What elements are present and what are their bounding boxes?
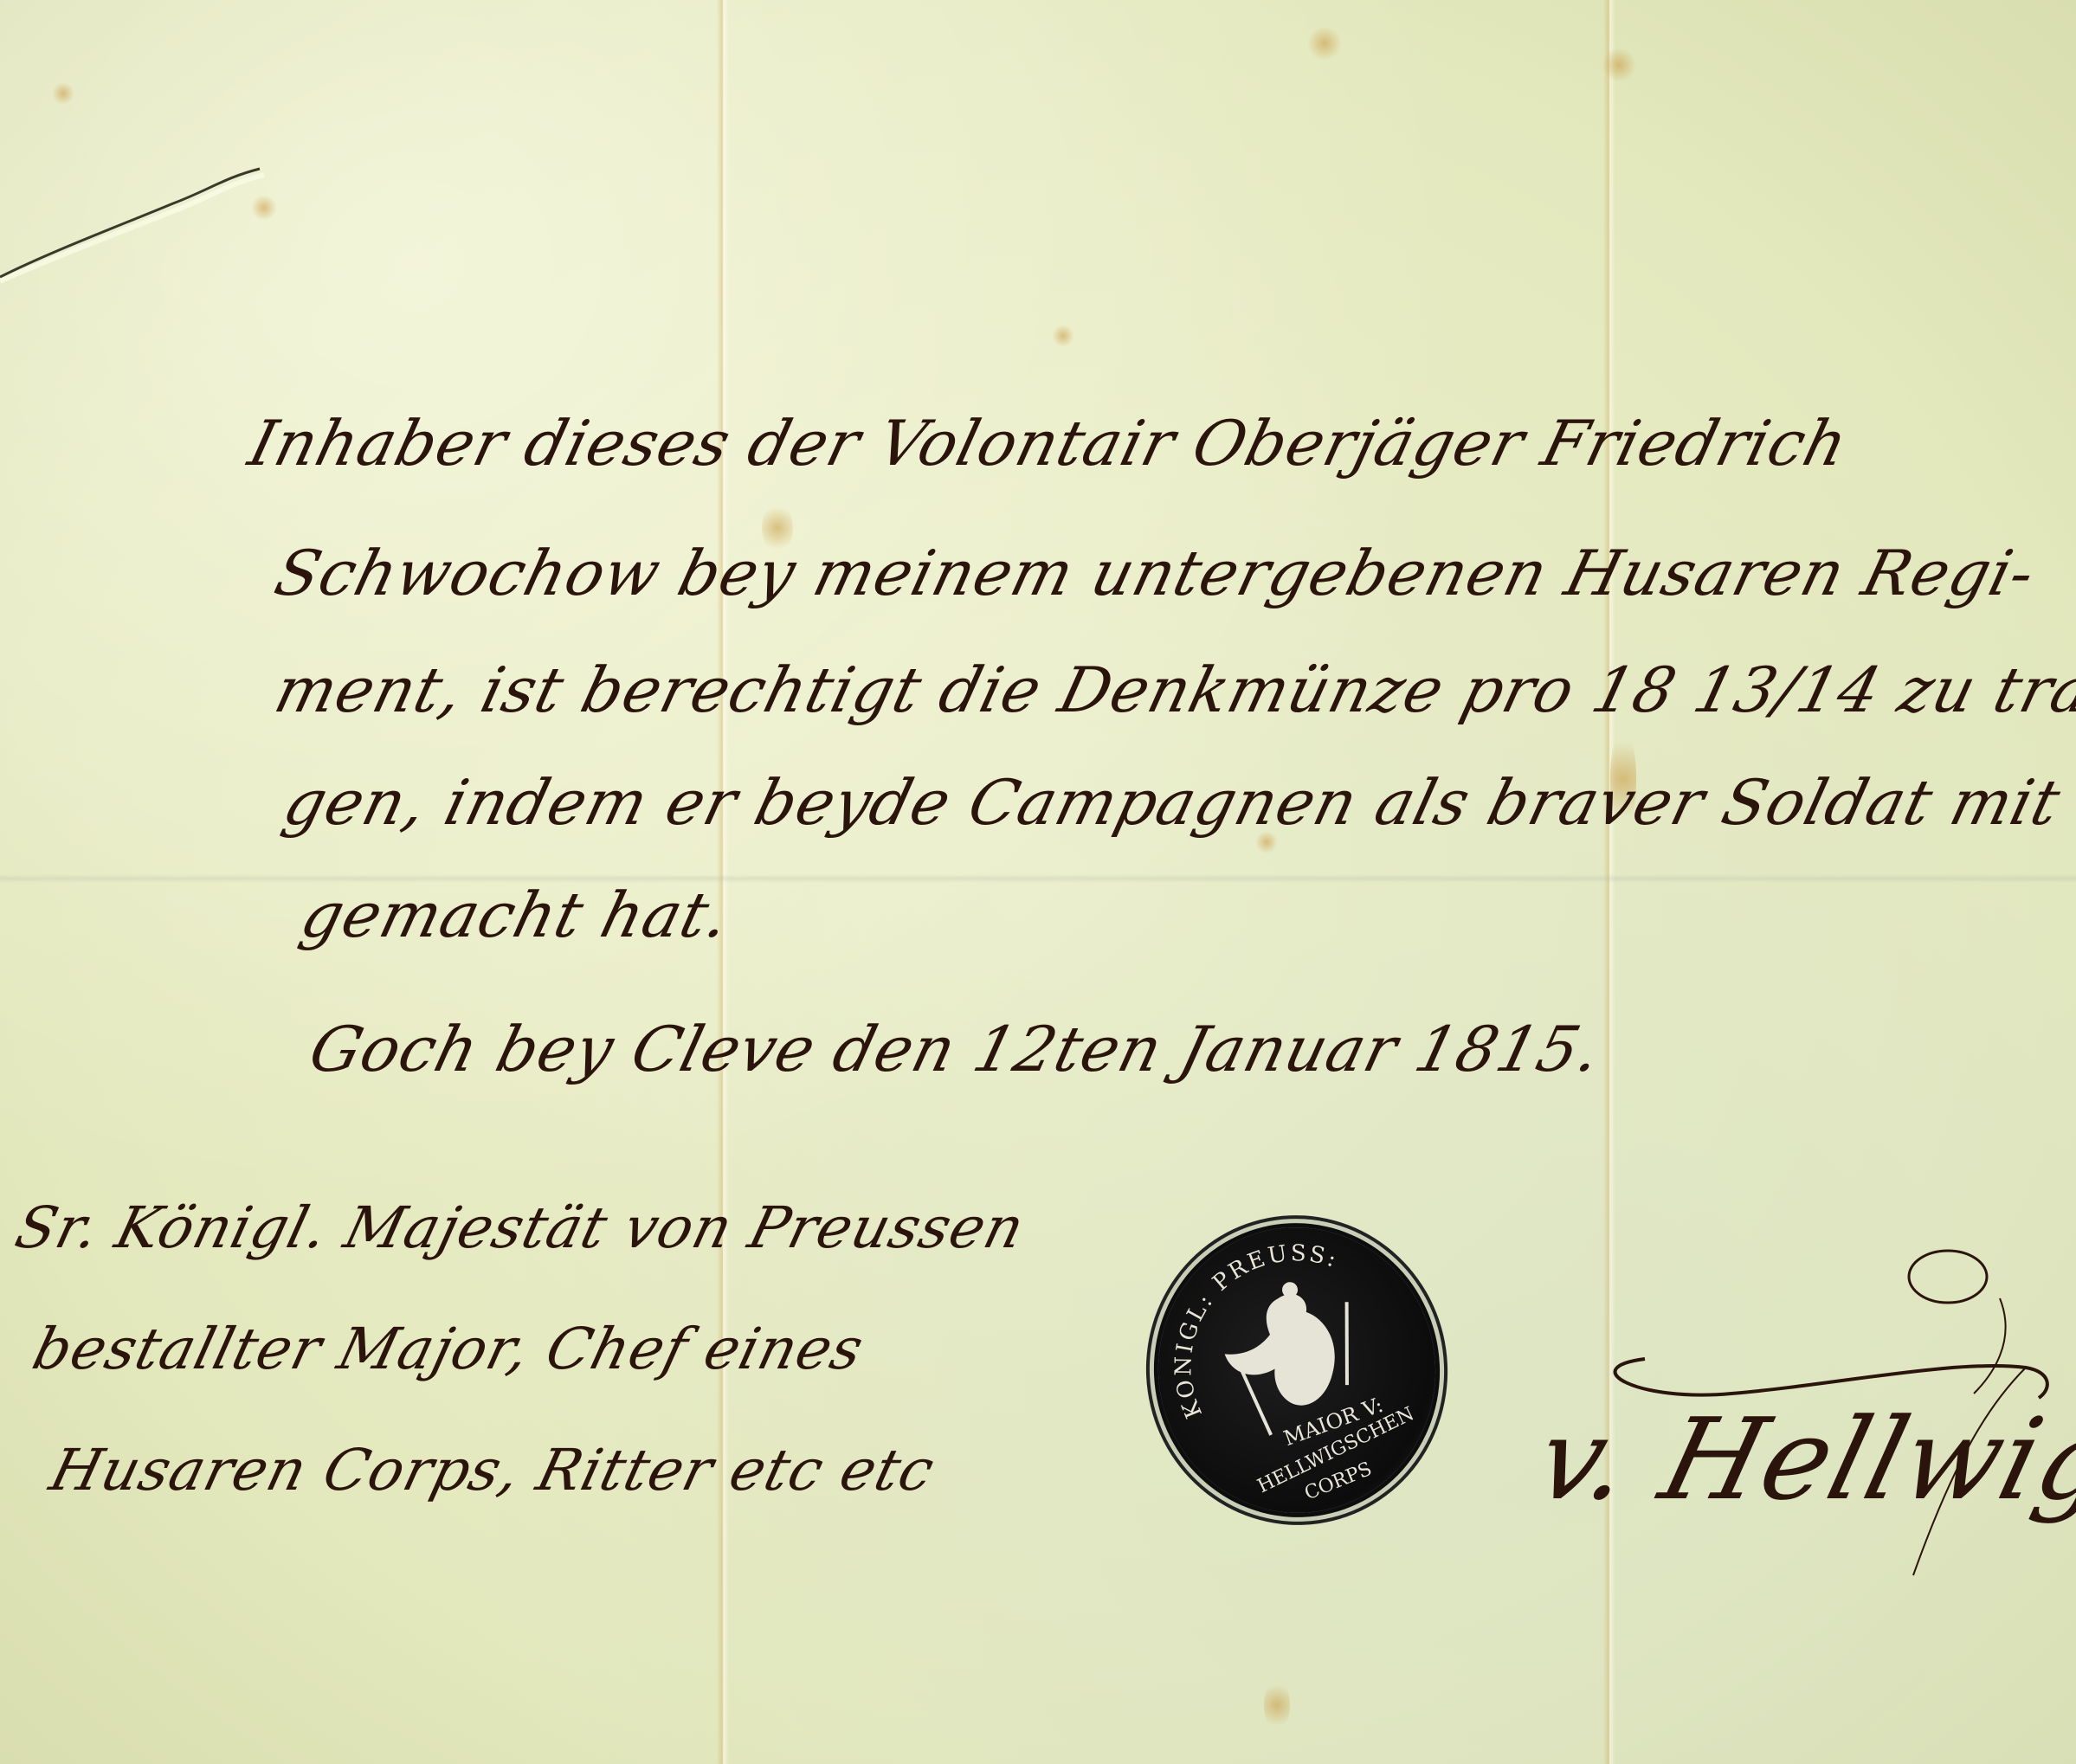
body-line-5: gemacht hat. <box>294 879 738 951</box>
signature-text: v. Hellwig <box>1525 1394 2076 1525</box>
title-line-3: Husaren Corps, Ritter etc etc <box>43 1437 941 1503</box>
eagle-seal-icon: KONIGL: PREUSS: MAIOR V: HELLWIGSCHEN CO… <box>1140 1209 1454 1530</box>
body-line-3: ment, ist berechtigt die Denkmünze pro 1… <box>268 653 2076 726</box>
foxing-spot <box>52 82 74 105</box>
foxing-spot <box>1307 26 1342 61</box>
svg-text:KONIGL: PREUSS:: KONIGL: PREUSS: <box>1154 1233 1363 1423</box>
foxing-spot <box>1264 1679 1290 1731</box>
body-line-4: gen, indem er beyde Campagnen als braver… <box>277 766 2068 839</box>
signature: v. Hellwig <box>1506 1246 2060 1610</box>
foxing-spot <box>1602 48 1636 82</box>
title-line-1: Sr. Königl. Majestät von Preussen <box>9 1194 1031 1261</box>
corps-seal: KONIGL: PREUSS: MAIOR V: HELLWIGSCHEN CO… <box>1140 1209 1454 1530</box>
body-line-2: Schwochow bey meinem untergebenen Husare… <box>268 537 2043 609</box>
foxing-spot <box>1052 325 1074 347</box>
seal-text-top: KONIGL: PREUSS: <box>1154 1233 1363 1423</box>
document-paper: Inhaber dieses der Volontair Oberjäger F… <box>0 0 2076 1764</box>
body-line-1: Inhaber dieses der Volontair Oberjäger F… <box>242 407 1856 480</box>
dateline: Goch bey Cleve den 12ten Januar 1815. <box>303 1013 1609 1085</box>
title-line-2: bestallter Major, Chef eines <box>26 1316 870 1382</box>
paper-tear <box>0 130 277 286</box>
